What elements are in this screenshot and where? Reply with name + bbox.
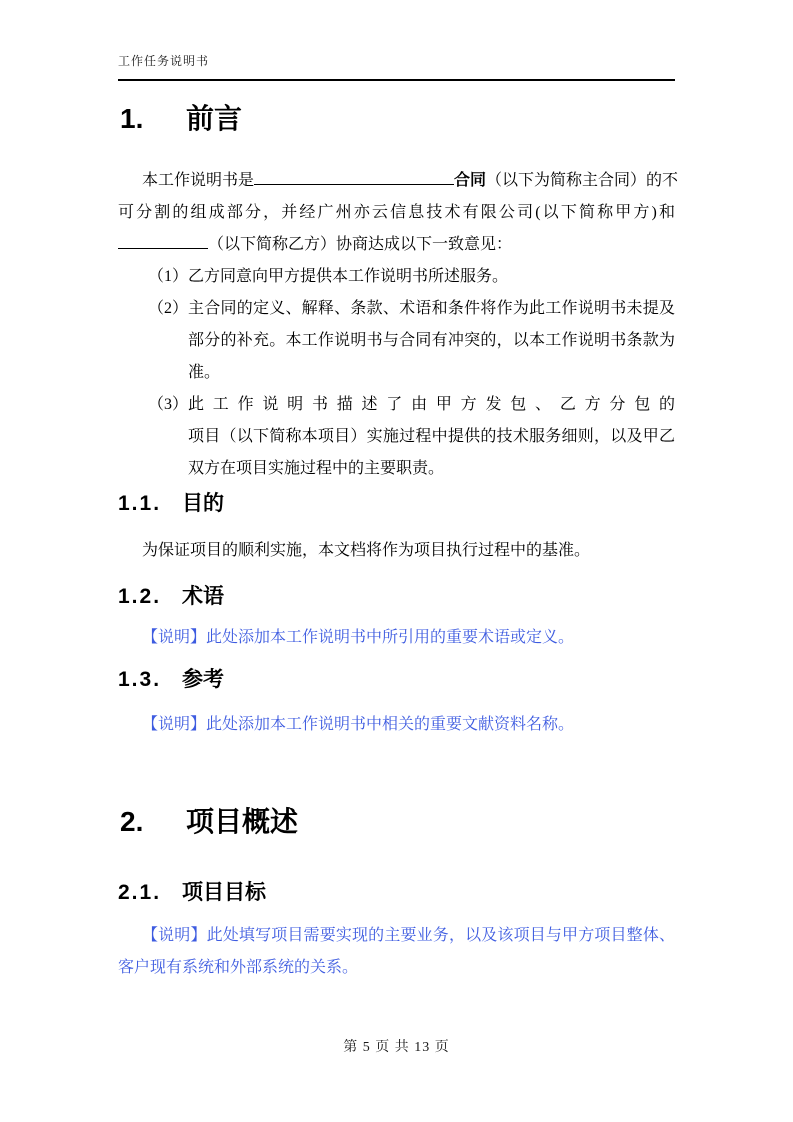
- party-b-blank: [118, 233, 208, 249]
- intro-paragraph-line3: （以下简称乙方）协商达成以下一致意见：: [118, 229, 675, 261]
- heading-purpose-text: 目的: [182, 491, 224, 517]
- purpose-body: 为保证项目的顺利实施，本文档将作为项目执行过程中的基准。: [118, 535, 675, 567]
- list-item-1-marker: （1）: [148, 261, 188, 293]
- heading-intro-text: 前言: [186, 102, 242, 136]
- project-goal-note-line1-text: 【说明】此处填写项目需要实现的主要业务，以及该项目与甲方项目整体、: [118, 927, 675, 944]
- contract-name-blank: [254, 169, 454, 185]
- heading-intro-number: 1.: [118, 102, 186, 136]
- page-number-footer: 第 5 页 共 13 页: [0, 1036, 793, 1056]
- references-note: 【说明】此处添加本工作说明书中相关的重要文献资料名称。: [118, 709, 675, 741]
- heading-terms-number: 1.2.: [118, 584, 182, 610]
- intro-paragraph-line2: 可分割的组成部分，并经广州亦云信息技术有限公司(以下简称甲方)和: [118, 197, 675, 229]
- list-item-3-line3: 双方在项目实施过程中的主要职责。: [188, 453, 675, 485]
- purpose-body-text: 为保证项目的顺利实施，本文档将作为项目执行过程中的基准。: [118, 542, 590, 559]
- list-item-1: （1） 乙方同意向甲方提供本工作说明书所述服务。: [118, 261, 675, 293]
- heading-project-goal-text: 项目目标: [182, 880, 266, 906]
- list-item-2-line2: 部分的补充。本工作说明书与合同有冲突的，以本工作说明书条款为: [188, 325, 675, 357]
- heading-purpose-number: 1.1.: [118, 491, 182, 517]
- list-item-3: （3） 此工作说明书描述了由甲方发包、乙方分包的 项目（以下简称本项目）实施过程…: [118, 389, 675, 485]
- heading-terms-text: 术语: [182, 584, 224, 610]
- heading-project-goal-number: 2.1.: [118, 880, 182, 906]
- doc-title: 工作任务说明书: [118, 54, 209, 68]
- intro-paragraph: 本工作说明书是合同（以下为简称主合同）的不 可分割的组成部分，并经广州亦云信息技…: [118, 165, 675, 261]
- references-note-text: 【说明】此处添加本工作说明书中相关的重要文献资料名称。: [118, 716, 574, 733]
- intro-p1-contract: 合同: [454, 172, 486, 189]
- heading-overview-text: 项目概述: [186, 805, 298, 839]
- project-goal-note-line1: 【说明】此处填写项目需要实现的主要业务，以及该项目与甲方项目整体、: [118, 920, 675, 952]
- heading-overview: 2. 项目概述: [118, 805, 675, 839]
- terms-note-text: 【说明】此处添加本工作说明书中所引用的重要术语或定义。: [118, 629, 574, 646]
- heading-purpose: 1.1. 目的: [118, 491, 675, 517]
- list-item-3-line1: 此工作说明书描述了由甲方发包、乙方分包的: [188, 389, 675, 421]
- project-goal-note: 【说明】此处填写项目需要实现的主要业务，以及该项目与甲方项目整体、 客户现有系统…: [118, 920, 675, 984]
- heading-project-goal: 2.1. 项目目标: [118, 880, 675, 906]
- project-goal-note-line2: 客户现有系统和外部系统的关系。: [118, 952, 675, 984]
- heading-intro: 1. 前言: [118, 102, 675, 136]
- page-content: 1. 前言 本工作说明书是合同（以下为简称主合同）的不 可分割的组成部分，并经广…: [118, 92, 675, 984]
- list-item-2: （2） 主合同的定义、解释、条款、术语和条件将作为此工作说明书未提及 部分的补充…: [118, 293, 675, 389]
- page-number-text: 第 5 页 共 13 页: [343, 1040, 450, 1055]
- heading-references: 1.3. 参考: [118, 667, 675, 693]
- heading-references-text: 参考: [182, 667, 224, 693]
- terms-note: 【说明】此处添加本工作说明书中所引用的重要术语或定义。: [118, 622, 675, 654]
- intro-p1-lead: 本工作说明书是: [118, 172, 254, 189]
- list-item-2-line1: 主合同的定义、解释、条款、术语和条件将作为此工作说明书未提及: [188, 293, 675, 325]
- heading-overview-number: 2.: [118, 805, 186, 839]
- list-item-1-line1: 乙方同意向甲方提供本工作说明书所述服务。: [188, 261, 675, 293]
- intro-p1-rest: （以下为简称主合同）的不: [486, 172, 678, 189]
- heading-references-number: 1.3.: [118, 667, 182, 693]
- intro-list: （1） 乙方同意向甲方提供本工作说明书所述服务。 （2） 主合同的定义、解释、条…: [118, 261, 675, 485]
- running-header: 工作任务说明书: [118, 52, 675, 69]
- list-item-3-marker: （3）: [148, 389, 188, 421]
- document-page: 工作任务说明书 1. 前言 本工作说明书是合同（以下为简称主合同）的不 可分割的…: [0, 0, 793, 1122]
- heading-terms: 1.2. 术语: [118, 584, 675, 610]
- list-item-2-line3: 准。: [188, 357, 675, 389]
- list-item-3-line2: 项目（以下简称本项目）实施过程中提供的技术服务细则，以及甲乙: [188, 421, 675, 453]
- intro-paragraph-line1: 本工作说明书是合同（以下为简称主合同）的不: [118, 165, 675, 197]
- list-item-2-marker: （2）: [148, 293, 188, 325]
- intro-p1-line3-text: （以下简称乙方）协商达成以下一致意见：: [208, 236, 512, 253]
- header-divider: [118, 79, 675, 81]
